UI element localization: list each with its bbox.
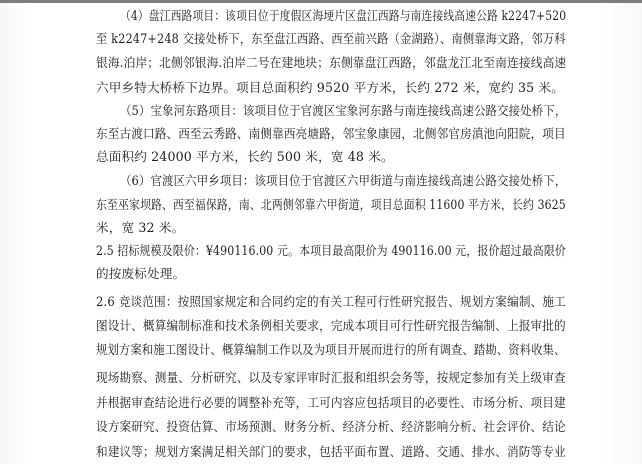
project-6-line-1: （6）官渡区六甲乡项目：该项目位于官渡区六甲街道与南连接线高速公路交接处桥下， [120, 173, 546, 189]
section-2-6-line-7: 和建议等；规划方案满足相关部门的要求，包括平面布置、道路、交通、排水、消防等专业 [96, 444, 529, 460]
section-2-5-line-1: 2.5 招标规模及限价：¥490116.00 元。本项目最高限价为 490116… [96, 243, 504, 259]
project-4-line-1: （4）盘江西路项目：该项目位于度假区海埂片区盘江西路与南连接线高速公路 k224… [120, 8, 522, 24]
project-4-line-3: 银海.泊岸；北侧邻银海.泊岸二号在建地块；东侧靠盘江西路，邻盘龙江北至南连接线高… [96, 55, 533, 71]
section-2-6-line-6: 设方案研究、投资估算、市场预测、财务分析、经济分析、经济影响分析、社会评价、结论 [96, 419, 529, 435]
section-2-5-line-2: 的按废标处理。 [96, 266, 566, 282]
project-5-line-2: 东至古渡口路、西至云秀路、南侧靠西亮塘路，邻宝象康园，北侧邻官房滇池向阳院，项目 [96, 126, 529, 142]
project-4-line-2: 至 k2247+248 交接处桥下，东至盘江西路、西至前兴路（金湖路）、南侧靠海… [96, 31, 518, 47]
project-6-line-2: 东至巫家坝路、西至福保路，南、北两侧邻靠六甲街道，项目总面积 11600 平方米… [96, 197, 501, 213]
project-5-line-3: 总面积约 24000 平方米，长约 500 米，宽 48 米。 [96, 149, 566, 165]
section-2-6-line-1: 2.6 竞谈范围：按照国家规定和合同约定的有关工程可行性研究报告、规划方案编制、… [96, 294, 530, 310]
project-6-line-3: 米，宽 32 米。 [96, 220, 566, 236]
section-2-6-line-2: 图设计、概算编制标准和技术条例相关要求，完成本项目可行性研究报告编制、上报审批的 [96, 318, 529, 334]
section-2-6-line-4: 现场勘察、测量、分析研究、以及专家评审时汇报和组织会务等，按规定参加有关上级审查 [96, 370, 529, 386]
project-4-line-4: 六甲乡特大桥桥下边界。项目总面积约 9520 平方米，长约 272 米，宽约 3… [96, 80, 566, 96]
document-page: （4）盘江西路项目：该项目位于度假区海埂片区盘江西路与南连接线高速公路 k224… [0, 3, 642, 464]
project-5-line-1: （5）宝象河东路项目：该项目位于官渡区宝象河东路与南连接线高速公路交接处桥下， [120, 103, 546, 119]
section-2-6-line-3: 规划方案和施工图设计、概算编制工作以及为项目开展而进行的所有调查、踏勘、资料收集… [96, 342, 518, 358]
section-2-6-line-5: 并根据审查结论进行必要的调整补充等，工可内容应包括项目的必要性、市场分析、项目建 [96, 395, 529, 411]
